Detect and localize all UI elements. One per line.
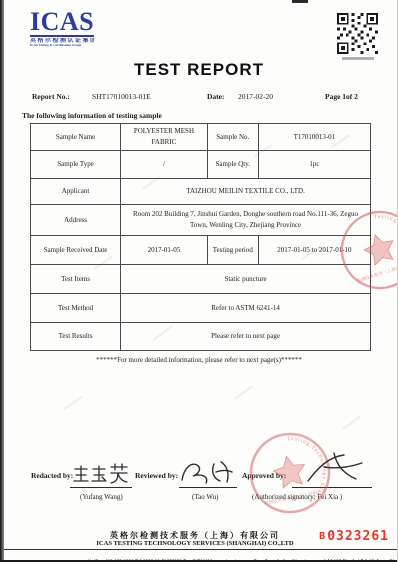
signature-yufang-wang [72,461,132,487]
sample-info-table: Sample Name POLYESTER MESH FABRIC Sample… [30,123,371,351]
icas-logo-text: ICAS [30,10,94,37]
test-report-page: ICAS 英格尔检测认证集团 ICAS Testing & Certificat… [0,0,398,562]
table-row: Test Results Please refer to next page [31,323,371,351]
sample-no-value: T17010013-01 [258,124,370,151]
scan-artifact [292,0,308,3]
table-row: Applicant TAIZHOU MEILIN TEXTILE CO., LT… [31,179,371,205]
drafted-by-label: Redacted by: [31,471,73,480]
more-info-note: ******For more detailed information, ple… [0,356,398,364]
serial-digits: 0323261 [327,529,389,544]
report-no-value: SHT17010013-01E [92,92,151,101]
applicant-label: Applicant [31,179,121,205]
page-title: TEST REPORT [0,60,398,80]
date-value: 2017-02-20 [238,92,273,101]
signature-line [70,487,132,488]
icas-logo: ICAS 英格尔检测认证集团 ICAS Testing & Certificat… [30,10,123,50]
address-label: Address [31,205,121,236]
date-label: Date: [207,92,225,101]
test-results-value: Please refer to next page [121,323,371,351]
testing-period-label: Testing period [207,236,258,265]
drafted-by-name: (Yufang Wang) [80,493,123,501]
table-row: Address Room 202 Building 7, Jinshui Gar… [31,205,371,236]
table-row: Sample Received Date 2017-01-05 Testing … [31,236,371,265]
test-items-label: Test Items [31,265,121,294]
icas-logo-subtitle: ICAS Testing & Certification Group [30,44,81,47]
icas-logo-chinese: 英格尔检测认证集团 [30,38,94,44]
table-row: Sample Type / Sample Qty. 1pc [31,151,371,179]
applicant-value: TAIZHOU MEILIN TEXTILE CO., LTD. [121,179,371,205]
received-date-value: 2017-01-05 [121,236,208,265]
sample-type-value: / [121,151,208,179]
sample-qty-value: 1pc [258,151,370,179]
sample-qty-label: Sample Qty. [207,151,258,179]
reviewed-by-name: (Tao Wu) [192,493,219,501]
section-heading: The following information of testing sam… [22,111,162,120]
sample-name-label: Sample Name [31,124,121,151]
serial-prefix: B [319,531,325,542]
address-value: Room 202 Building 7, Jinshui Garden, Don… [121,205,371,236]
company-stamp-right: Testing Technology Service 检测技术服务（上海）有限公… [338,208,398,292]
watermark-mark [341,416,360,430]
sample-no-label: Sample No. [207,124,258,151]
table-row: Sample Name POLYESTER MESH FABRIC Sample… [31,124,371,151]
table-row: Test Items Static puncture [31,265,371,294]
serial-number: B 0323261 [319,529,389,544]
watermark-mark [63,396,82,410]
test-results-label: Test Results [31,323,121,351]
signature-fei-xia [300,449,374,487]
report-no-label: Report No.: [32,92,70,101]
scan-edge-left [0,0,4,562]
test-method-label: Test Method [31,294,121,323]
page-indicator: Page 1of 2 [325,92,358,101]
signature-tao-wu [174,456,240,488]
table-row: Test Method Refer to ASTM 6241-14 [31,294,371,323]
received-date-label: Sample Received Date [31,236,121,265]
stamp-text-bottom: 检测技术服务（上海）有限公司 [264,487,328,507]
watermark-mark [233,386,252,400]
footer-divider [4,549,398,550]
company-name-english: ICAS TESTING TECHNOLOGY SERVICES (SHANGH… [70,540,320,547]
sample-type-label: Sample Type [31,151,121,179]
reviewed-by-label: Reviewed by: [135,471,178,480]
test-items-value: Static puncture [121,265,371,294]
qr-code-icon [337,13,378,54]
test-method-value: Refer to ASTM 6241-14 [121,294,371,323]
sample-name-value: POLYESTER MESH FABRIC [121,124,208,151]
